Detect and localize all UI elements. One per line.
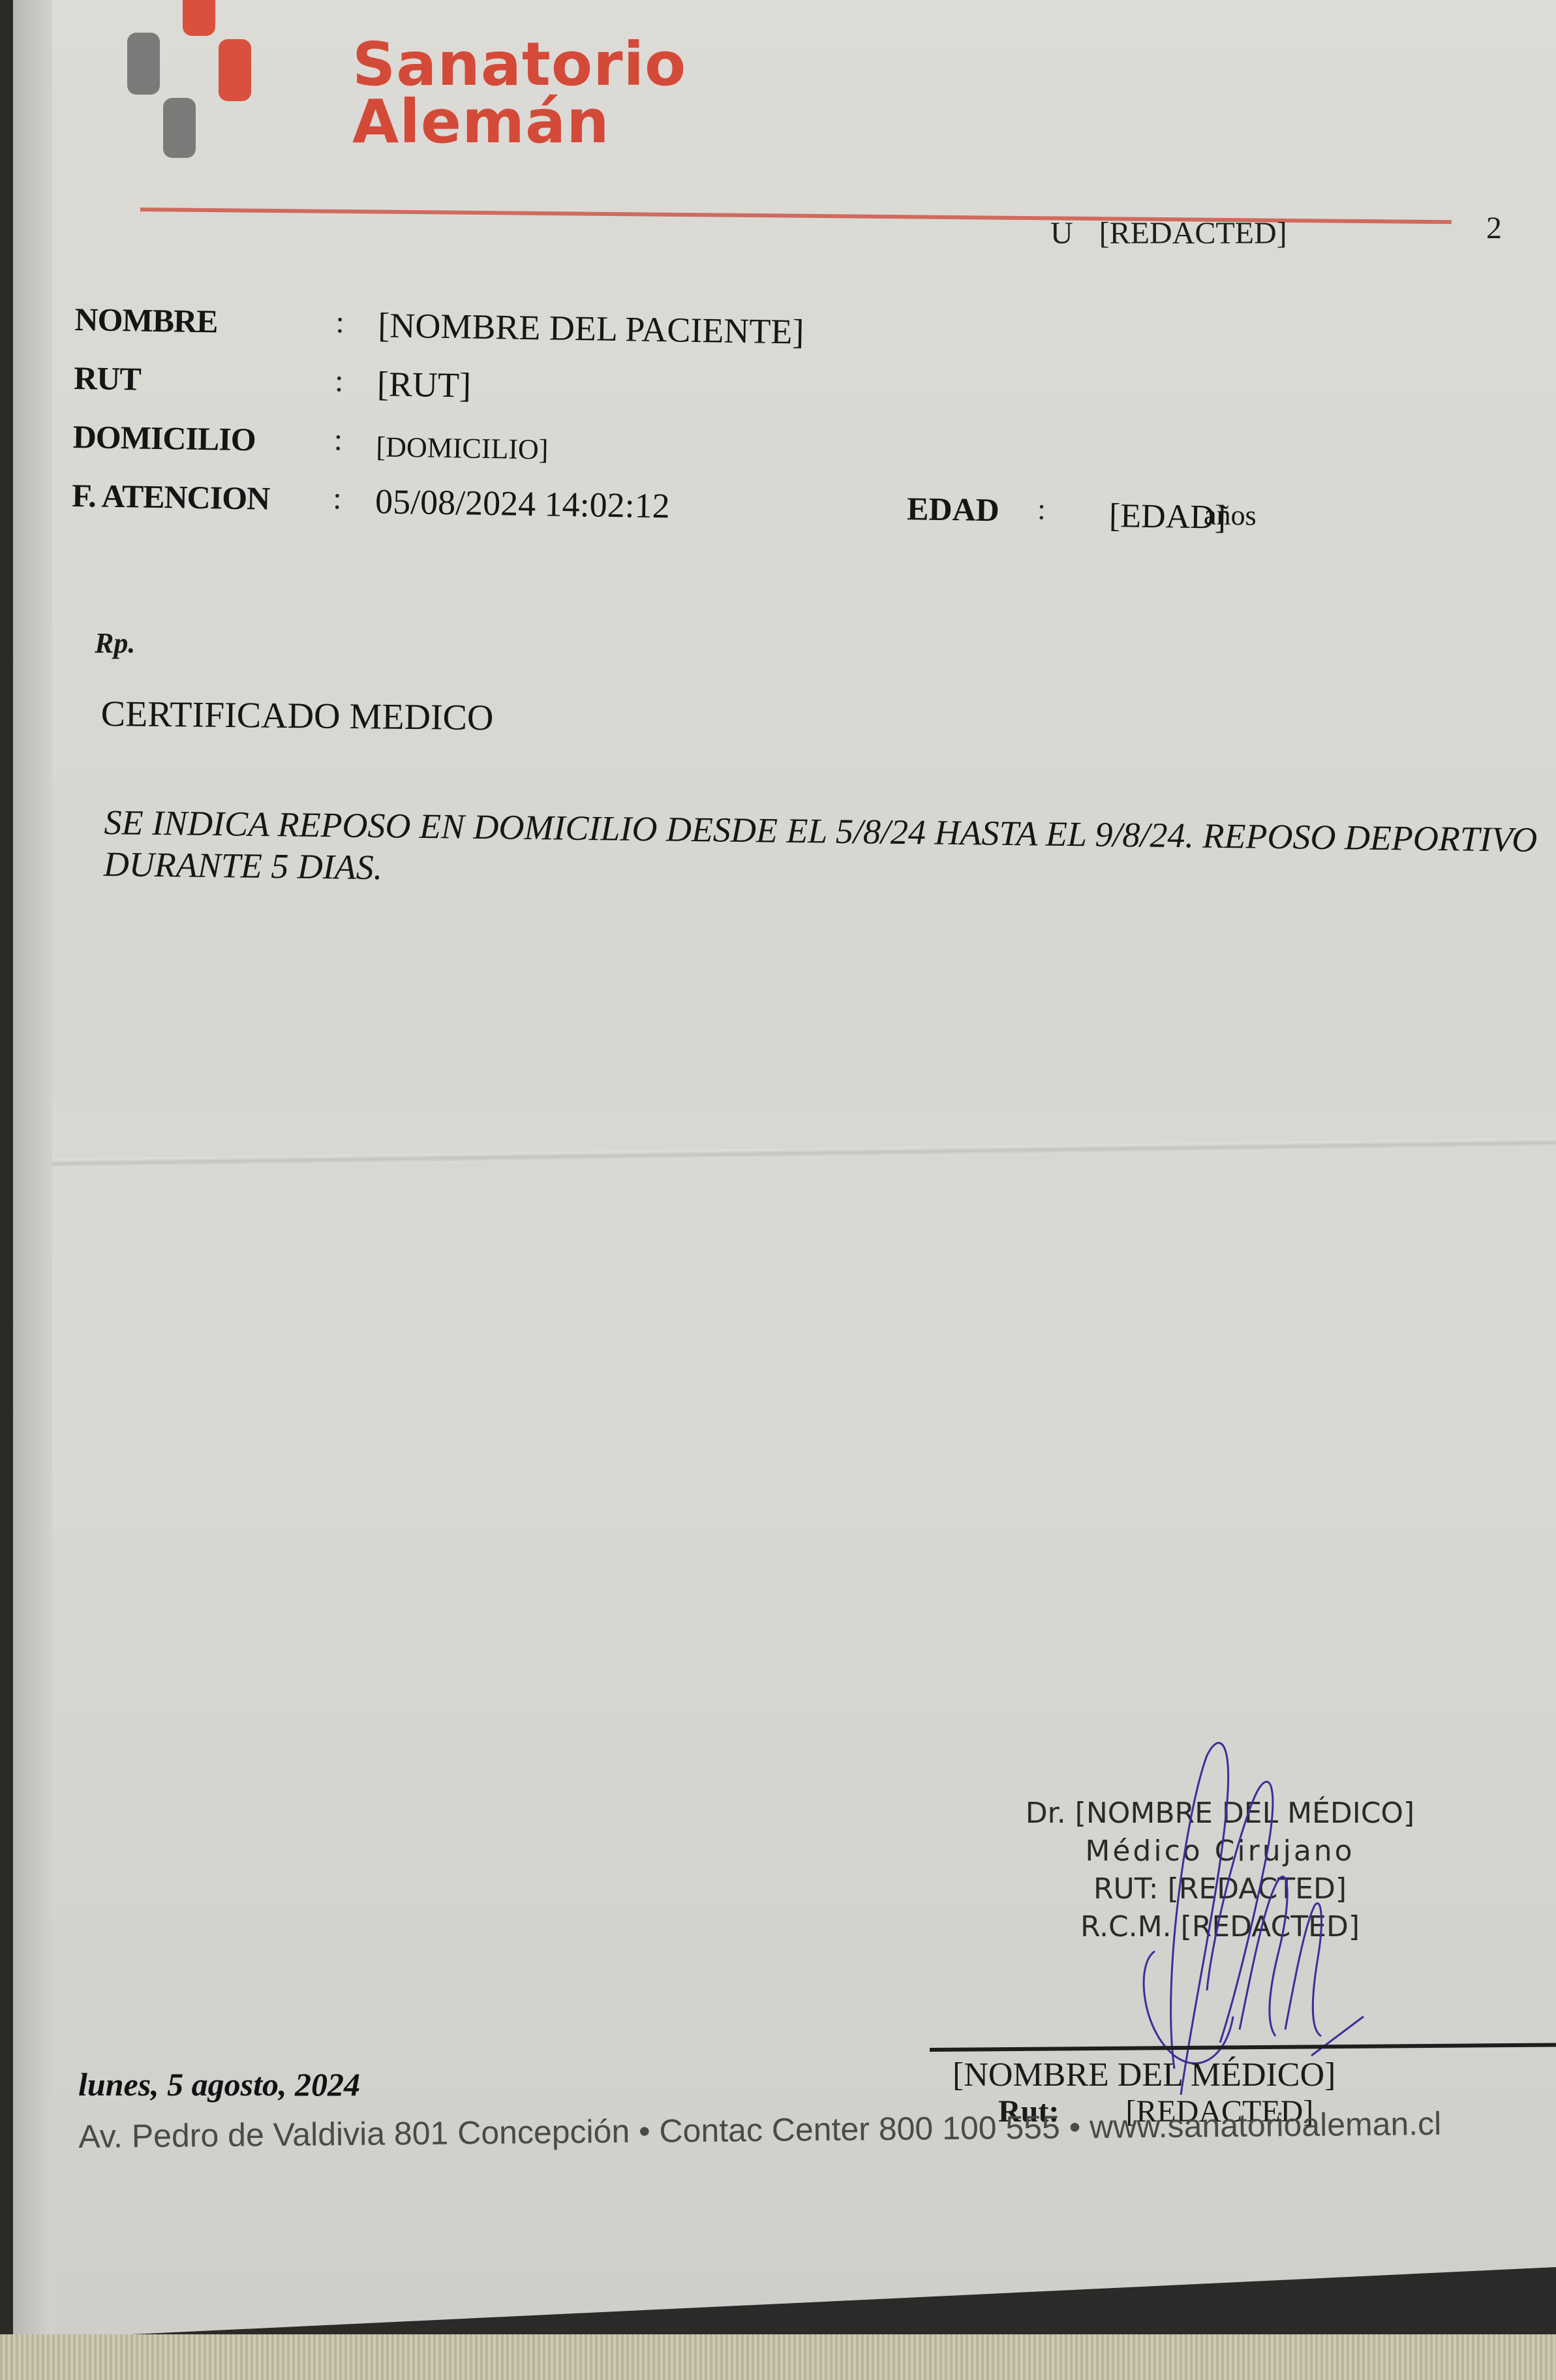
logo-square-red-top-icon (183, 0, 215, 36)
logo-wordmark: Sanatorio Alemán (352, 36, 686, 151)
paper-fold-crease (52, 1138, 1556, 1168)
logo-square-red-right-icon (219, 39, 251, 101)
background-surface (0, 2334, 1556, 2380)
rut-label: RUT (74, 359, 141, 398)
signature-icon (1135, 1729, 1383, 2095)
record-number: U [REDACTED] (1050, 215, 1287, 251)
record-number-value: [REDACTED] (1099, 216, 1287, 251)
certificate-title: CERTIFICADO MEDICO (100, 693, 493, 739)
certificate-body: SE INDICA REPOSO EN DOMICILIO DESDE EL 5… (103, 801, 1539, 903)
logo-square-gray-bottom-icon (163, 98, 196, 158)
address-label: DOMICILIO (72, 418, 256, 458)
signer-name: [NOMBRE DEL MÉDICO] (953, 2056, 1335, 2094)
age-separator: : (1037, 491, 1046, 526)
name-separator: : (335, 304, 344, 340)
paper-edge-shadow (13, 0, 52, 2349)
patient-fields: NOMBRE : [NOMBRE DEL PACIENTE] RUT : [RU… (71, 300, 1510, 558)
address-separator: : (333, 422, 343, 457)
logo-square-gray-left-icon (127, 33, 160, 95)
logo-line-2: Alemán (352, 93, 686, 151)
rp-label: Rp. (95, 626, 135, 660)
sanatorio-logo: Sanatorio Alemán (127, 0, 714, 196)
logo-line-1: Sanatorio (352, 36, 686, 93)
record-prefix: U (1050, 216, 1073, 251)
age-unit: años (1204, 498, 1257, 532)
attention-label: F. ATENCION (72, 476, 270, 518)
address-value: [DOMICILIO] (376, 430, 549, 466)
rut-value: [RUT] (377, 363, 472, 405)
name-label: NOMBRE (74, 300, 218, 340)
age-label: EDAD (907, 489, 1000, 529)
rut-separator: : (335, 363, 344, 399)
page-number: 2 (1486, 210, 1502, 246)
attention-value: 05/08/2024 14:02:12 (375, 481, 670, 526)
issue-date: lunes, 5 agosto, 2024 (78, 2065, 360, 2103)
attention-separator: : (333, 480, 342, 516)
name-value: [NOMBRE DEL PACIENTE] (378, 305, 804, 352)
